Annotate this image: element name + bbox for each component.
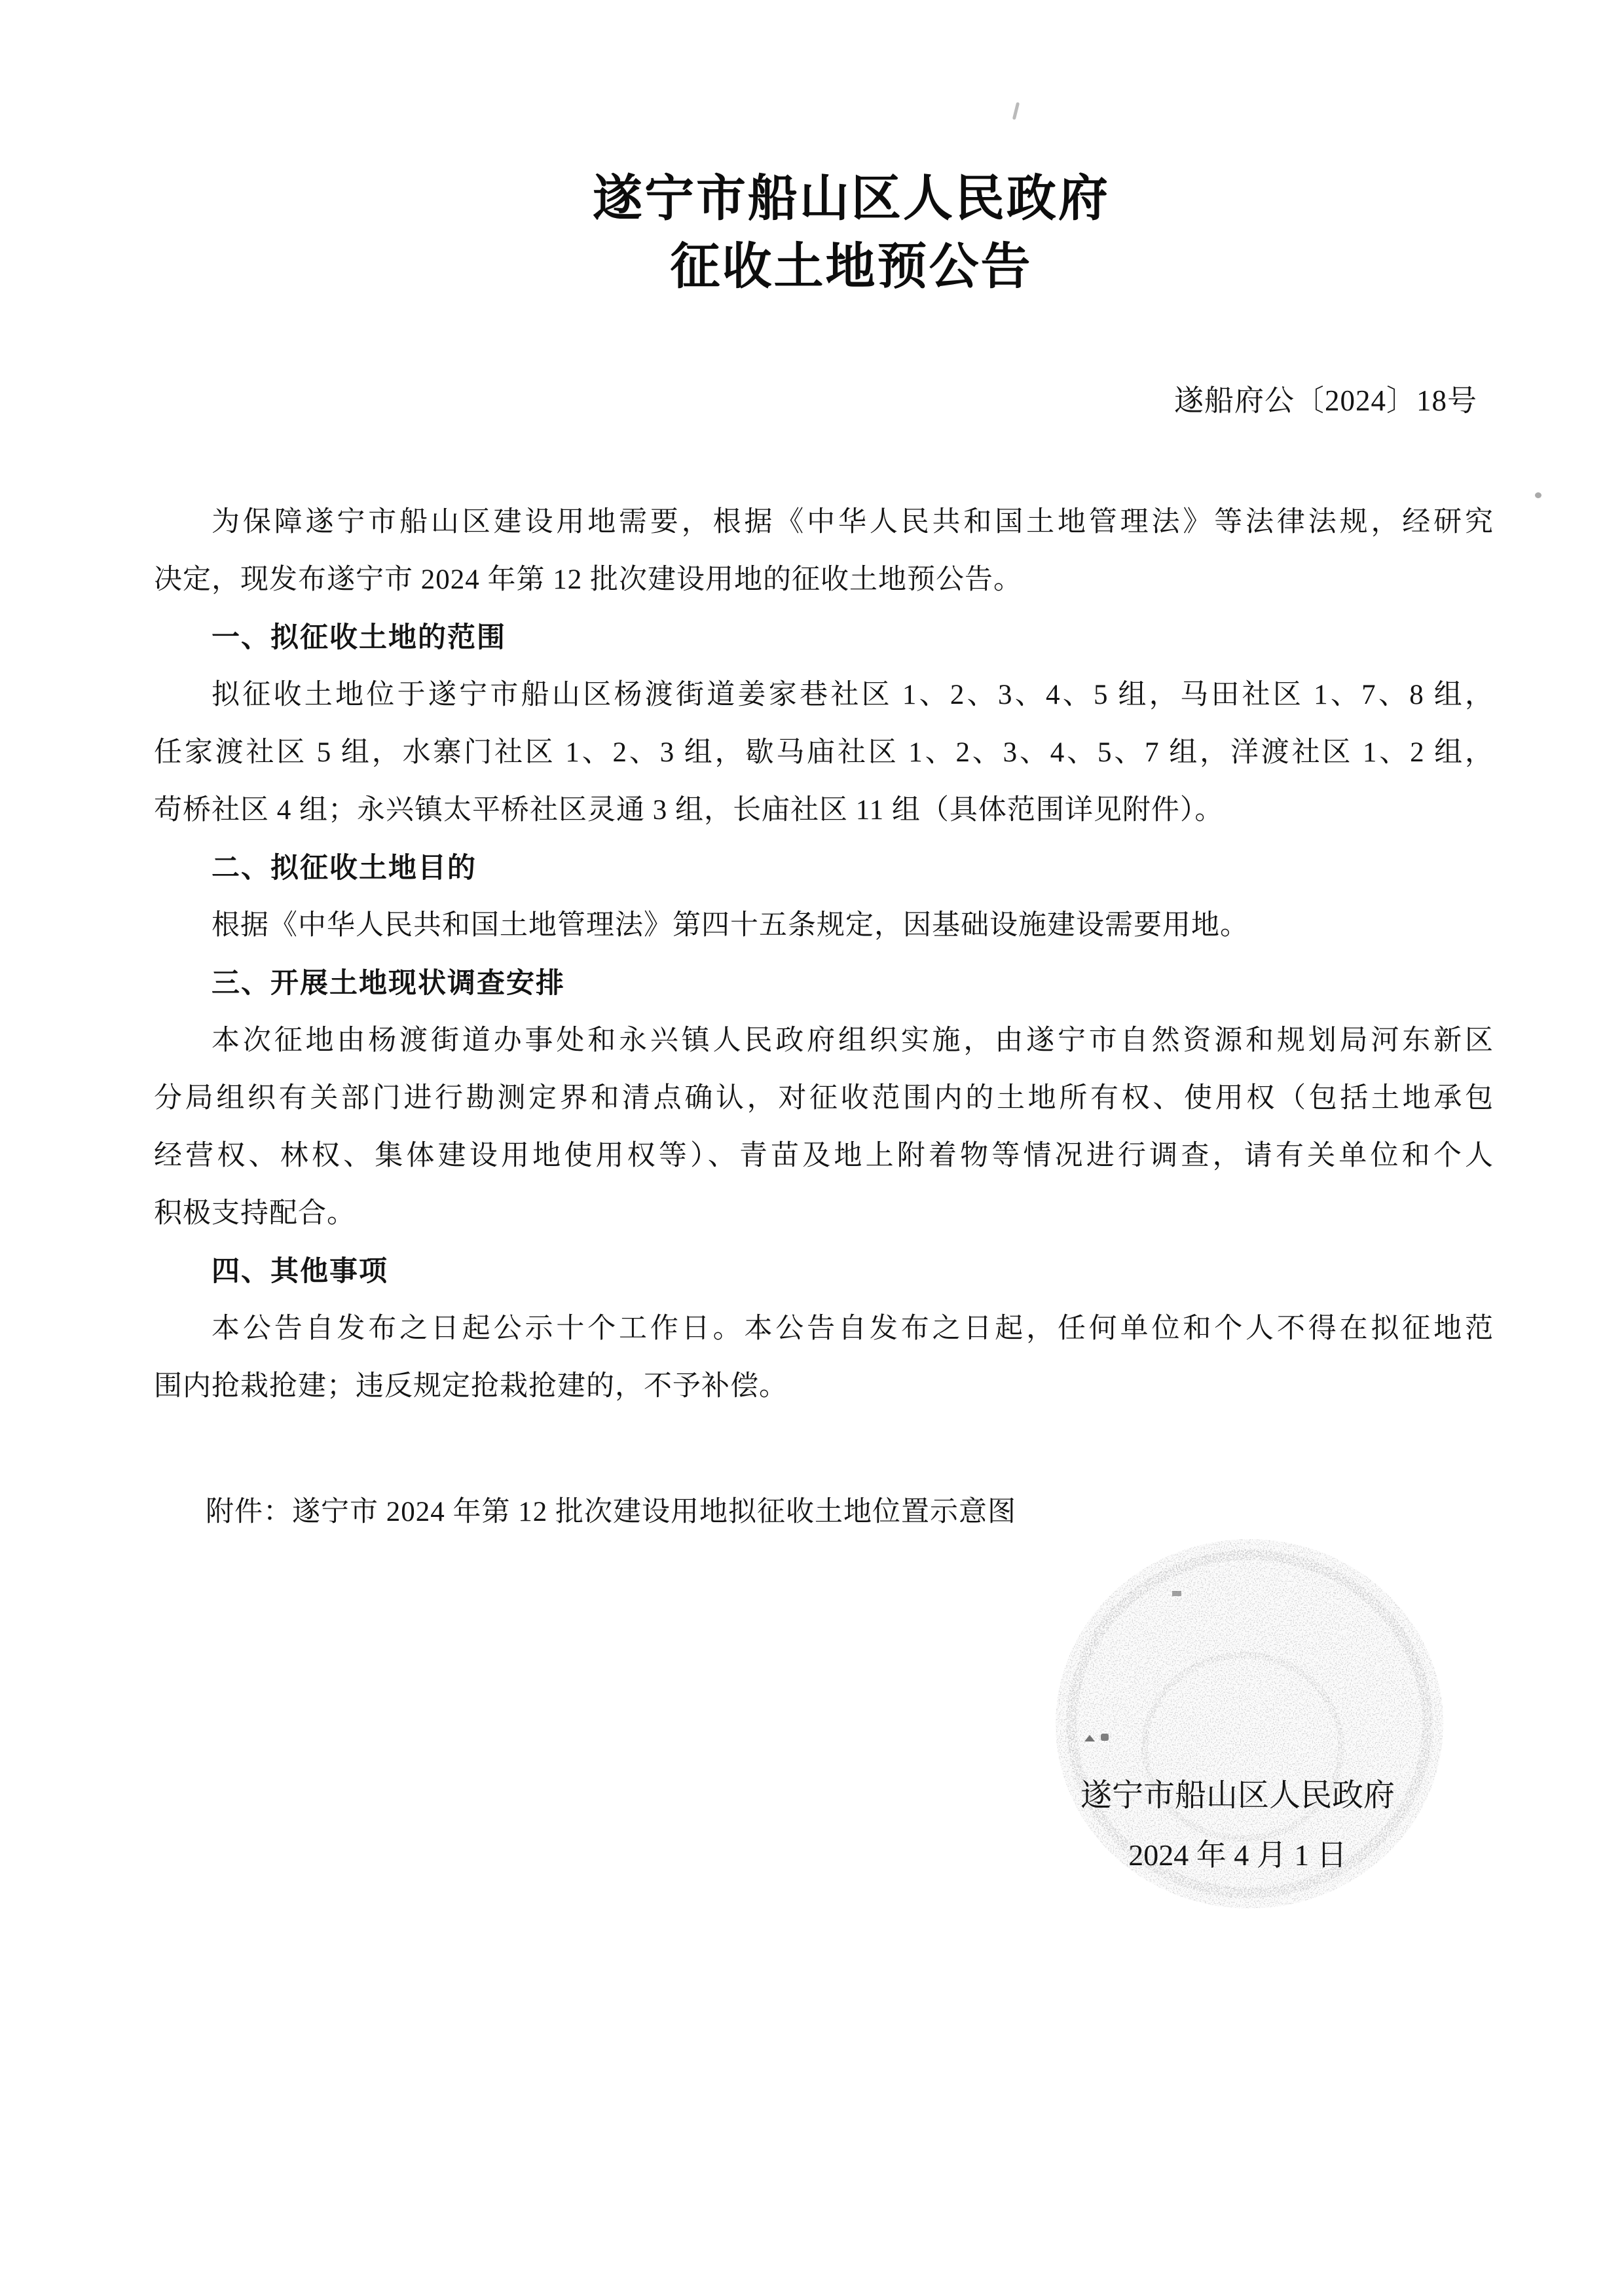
scan-artifact-speck	[1172, 1591, 1181, 1596]
announcement-page: 遂宁市船山区人民政府 征收土地预公告 遂船府公〔2024〕18号 为保障遂宁市船…	[0, 0, 1624, 2296]
body-line: 根据《中华人民共和国土地管理法》第四十五条规定，因基础设施建设需要用地。	[154, 897, 1494, 955]
scan-artifact-dot	[1535, 492, 1541, 498]
body-line: 本次征地由杨渡街道办事处和永兴镇人民政府组织实施，由遂宁市自然资源和规划局河东新…	[154, 1012, 1494, 1070]
body-line: 本公告自发布之日起公示十个工作日。本公告自发布之日起，任何单位和个人不得在拟征地…	[154, 1300, 1494, 1358]
scan-artifact-speck	[1101, 1734, 1109, 1741]
body-line: 任家渡社区 5 组，水寨门社区 1、2、3 组，歇马庙社区 1、2、3、4、5、…	[154, 724, 1494, 782]
body-line: 决定，现发布遂宁市 2024 年第 12 批次建设用地的征收土地预公告。	[154, 551, 1494, 609]
body-line: 分局组织有关部门进行勘测定界和清点确认，对征收范围内的土地所有权、使用权（包括土…	[154, 1070, 1494, 1127]
body-line: 苟桥社区 4 组；永兴镇太平桥社区灵通 3 组，长庙社区 11 组（具体范围详见…	[154, 782, 1494, 839]
scan-artifact-slash	[1012, 102, 1020, 120]
section-heading: 三、开展土地现状调查安排	[154, 955, 1494, 1012]
body-line: 积极支持配合。	[154, 1185, 1494, 1243]
document-title-line1: 遂宁市船山区人民政府	[79, 165, 1624, 233]
document-title: 遂宁市船山区人民政府 征收土地预公告	[0, 165, 1624, 301]
body-line: 围内抢栽抢建；违反规定抢栽抢建的，不予补偿。	[154, 1358, 1494, 1415]
body-text: 为保障遂宁市船山区建设用地需要，根据《中华人民共和国土地管理法》等法律法规，经研…	[154, 494, 1494, 1415]
signature-date: 2024 年 4 月 1 日	[1061, 1837, 1414, 1874]
section-heading: 二、拟征收土地目的	[154, 839, 1494, 897]
section-heading: 一、拟征收土地的范围	[154, 609, 1494, 666]
section-heading: 四、其他事项	[154, 1243, 1494, 1300]
body-line: 经营权、林权、集体建设用地使用权等）、青苗及地上附着物等情况进行调查，请有关单位…	[154, 1127, 1494, 1185]
body-line: 拟征收土地位于遂宁市船山区杨渡街道姜家巷社区 1、2、3、4、5 组，马田社区 …	[154, 666, 1494, 724]
document-title-line2: 征收土地预公告	[79, 233, 1624, 301]
body-line: 为保障遂宁市船山区建设用地需要，根据《中华人民共和国土地管理法》等法律法规，经研…	[154, 494, 1494, 551]
signature-issuer: 遂宁市船山区人民政府	[1061, 1776, 1414, 1816]
document-number: 遂船府公〔2024〕18号	[1174, 385, 1477, 416]
